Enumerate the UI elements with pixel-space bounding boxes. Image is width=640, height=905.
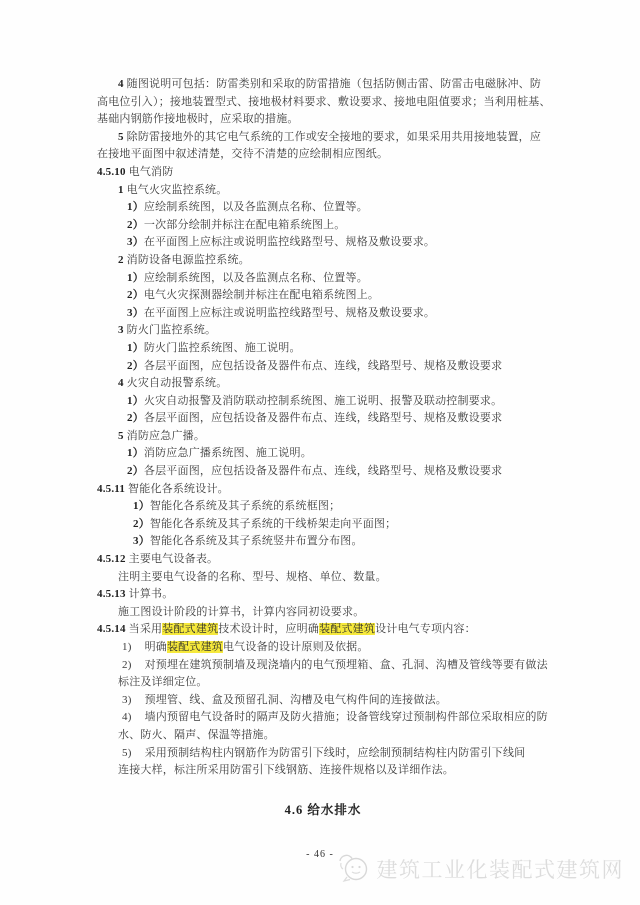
text-segment: 连接大样，标注所采用防雷引下线钢筋、连接件规格以及详细作法。 (118, 764, 454, 776)
text-segment: 各层平面图，应包括设备及器件布点、连线，线路型号、规格及敷设要求 (144, 360, 502, 372)
clause-4-5-13: 4.5.13 计算书。 (97, 586, 549, 604)
item-number: 4.5.10 (97, 166, 126, 178)
text-line: 2）各层平面图，应包括设备及器件布点、连线，线路型号、规格及敷设要求 (97, 358, 549, 376)
highlighted-text: 装配式建筑 (319, 623, 375, 635)
text-segment: 在接地平面图中叙述清楚，交待不清楚的应绘制相应图纸。 (97, 148, 388, 160)
section-heading-4-6: 4.6 给水排水 (97, 800, 549, 818)
text-segment: 智能化各系统及其子系统的干线桥架走向平面图； (150, 518, 396, 530)
text-line: 2 消防设备电源监控系统。 (97, 252, 549, 270)
text-line: 高电位引入）；接地装置型式、接地极材料要求、敷设要求、接地电阻值要求；当利用桩基… (97, 94, 549, 112)
text-segment: 在平面图上应标注或说明监控线路型号、规格及敷设要求。 (144, 307, 435, 319)
text-line: 3）在平面图上应标注或说明监控线路型号、规格及敷设要求。 (97, 234, 549, 252)
text-line: 在接地平面图中叙述清楚，交待不清楚的应绘制相应图纸。 (97, 146, 549, 164)
text-segment: 1) (122, 641, 132, 653)
text-line: 1)明确装配式建筑电气设备的设计原则及依据。 (97, 639, 549, 657)
text-segment: 高电位引入）；接地装置型式、接地极材料要求、敷设要求、接地电阻值要求；当利用桩基… (97, 96, 551, 108)
text-segment: 采用预制结构柱内钢筋作为防雷引下线时，应绘制预制结构柱内防雷引下线间 (145, 747, 526, 759)
text-segment: 消防应急广播。 (124, 430, 205, 442)
text-segment: 应绘制系统图，以及各监测点名称、位置等。 (144, 272, 368, 284)
text-segment: 标注及详细定位。 (118, 676, 208, 688)
text-segment: 当采用 (126, 623, 163, 635)
text-line: 3)预埋管、线、盒及预留孔洞、沟槽及电气构件间的连接做法。 (97, 692, 549, 710)
item-number: 2） (127, 360, 144, 372)
text-segment: 除防雷接地外的其它电气系统的工作或安全接地的要求，如果采用共用接地装置，应 (124, 131, 541, 143)
text-segment: 智能化各系统及其子系统竖井布置分布图。 (150, 535, 363, 547)
text-segment: 应绘制系统图，以及各监测点名称、位置等。 (144, 201, 368, 213)
item-number: 1） (133, 500, 150, 512)
text-segment: 水、防火、隔声、保温等措施。 (118, 729, 275, 741)
text-segment: 防火门监控系统图、施工说明。 (144, 342, 301, 354)
text-segment: 电气设备的设计原则及依据。 (223, 641, 369, 653)
text-segment: 4) (122, 711, 132, 723)
item-number: 4.5.12 (97, 553, 126, 565)
text-segment: 各层平面图，应包括设备及器件布点、连线，线路型号、规格及敷设要求 (144, 465, 502, 477)
text-line: 水、防火、隔声、保温等措施。 (97, 727, 549, 745)
text-segment: 技术设计时，应明确 (218, 623, 319, 635)
item-number: 1） (127, 395, 144, 407)
clause-4-5-10: 4.5.10 电气消防 (97, 164, 549, 182)
text-segment: 火灾自动报警系统。 (124, 377, 228, 389)
text-segment: 计算书。 (126, 588, 174, 600)
text-line: 连接大样，标注所采用防雷引下线钢筋、连接件规格以及详细作法。 (97, 762, 549, 780)
text-line: 3 防火门监控系统。 (97, 322, 549, 340)
text-line: 注明主要电气设备的名称、型号、规格、单位、数量。 (97, 569, 549, 587)
highlighted-text: 装配式建筑 (162, 623, 218, 635)
item-number: 2） (133, 518, 150, 530)
text-line: 施工图设计阶段的计算书，计算内容同初设要求。 (97, 604, 549, 622)
text-segment: 2) (122, 659, 132, 671)
text-segment: 对预埋在建筑预制墙及现浇墙内的电气预埋箱、盒、孔洞、沟槽及管线等要有做法 (145, 659, 548, 671)
text-segment: 设计电气专项内容： (375, 623, 476, 635)
text-segment: 智能化各系统及其子系统的系统框图； (150, 500, 340, 512)
text-segment: 防火门监控系统。 (124, 324, 217, 336)
text-segment: 在平面图上应标注或说明监控线路型号、规格及敷设要求。 (144, 236, 435, 248)
text-segment: 消防应急广播系统图、施工说明。 (144, 447, 312, 459)
document-body: 4 随图说明可包括：防雷类别和采取的防雷措施（包括防侧击雷、防雷击电磁脉冲、防高… (97, 76, 549, 780)
text-line: 5 消防应急广播。 (97, 428, 549, 446)
text-line: 3）智能化各系统及其子系统竖井布置分布图。 (97, 533, 549, 551)
text-line: 1）智能化各系统及其子系统的系统框图； (97, 498, 549, 516)
text-segment: 随图说明可包括：防雷类别和采取的防雷措施（包括防侧击雷、防雷击电磁脉冲、防 (124, 78, 541, 90)
numbered-note-5: 5 除防雷接地外的其它电气系统的工作或安全接地的要求，如果采用共用接地装置，应 (97, 129, 549, 147)
text-line: 3）在平面图上应标注或说明监控线路型号、规格及敷设要求。 (97, 305, 549, 323)
item-number: 2） (127, 465, 144, 477)
item-number: 1） (127, 447, 144, 459)
item-number: 3） (133, 535, 150, 547)
text-line: 基础内钢筋作接地极时，应采取的措施。 (97, 111, 549, 129)
item-number: 2） (127, 219, 144, 231)
clause-4-5-11: 4.5.11 智能化各系统设计。 (97, 481, 549, 499)
text-line: 1）防火门监控系统图、施工说明。 (97, 340, 549, 358)
text-line: 4)墙内预留电气设备时的隔声及防火措施；设备管线穿过预制构件部位采取相应的防 (97, 709, 549, 727)
text-segment: 火灾自动报警及消防联动控制系统图、施工说明、报警及联动控制要求。 (144, 395, 502, 407)
text-segment: 一次部分绘制并标注在配电箱系统图上。 (144, 219, 346, 231)
text-segment: 智能化各系统设计。 (125, 483, 229, 495)
text-segment: 各层平面图，应包括设备及器件布点、连线，线路型号、规格及敷设要求 (144, 412, 502, 424)
text-segment: 电气火灾探测器绘制并标注在配电箱系统图上。 (144, 289, 379, 301)
text-segment: 基础内钢筋作接地极时，应采取的措施。 (97, 113, 299, 125)
text-line: 2）电气火灾探测器绘制并标注在配电箱系统图上。 (97, 287, 549, 305)
numbered-note-4: 4 随图说明可包括：防雷类别和采取的防雷措施（包括防侧击雷、防雷击电磁脉冲、防 (97, 76, 549, 94)
watermark: 建筑工业化装配式建筑网 (336, 851, 625, 887)
item-number: 4.5.14 (97, 623, 126, 635)
text-segment: 5) (122, 747, 132, 759)
text-line: 1）应绘制系统图，以及各监测点名称、位置等。 (97, 199, 549, 217)
text-line: 1）消防应急广播系统图、施工说明。 (97, 445, 549, 463)
watermark-text: 建筑工业化装配式建筑网 (377, 854, 625, 884)
text-line: 4 火灾自动报警系统。 (97, 375, 549, 393)
text-line: 1）火灾自动报警及消防联动控制系统图、施工说明、报警及联动控制要求。 (97, 393, 549, 411)
highlighted-text: 装配式建筑 (167, 641, 223, 653)
text-line: 5)采用预制结构柱内钢筋作为防雷引下线时，应绘制预制结构柱内防雷引下线间 (97, 745, 549, 763)
item-number: 2） (127, 412, 144, 424)
text-segment: 施工图设计阶段的计算书，计算内容同初设要求。 (118, 606, 364, 618)
item-number: 2） (127, 289, 144, 301)
item-number: 1） (127, 342, 144, 354)
text-line: 标注及详细定位。 (97, 674, 549, 692)
item-number: 1） (127, 272, 144, 284)
text-segment: 墙内预留电气设备时的隔声及防火措施；设备管线穿过预制构件部位采取相应的防 (145, 711, 548, 723)
item-number: 4.5.13 (97, 588, 126, 600)
text-segment: 电气火灾监控系统。 (124, 184, 228, 196)
text-segment: 电气消防 (126, 166, 174, 178)
text-line: 2）智能化各系统及其子系统的干线桥架走向平面图； (97, 516, 549, 534)
item-number: 4.5.11 (97, 483, 125, 495)
document-page: 4 随图说明可包括：防雷类别和采取的防雷措施（包括防侧击雷、防雷击电磁脉冲、防高… (0, 0, 640, 905)
clause-4-5-12: 4.5.12 主要电气设备表。 (97, 551, 549, 569)
text-line: 2）各层平面图，应包括设备及器件布点、连线，线路型号、规格及敷设要求 (97, 463, 549, 481)
mascot-bubbles-outline-icon (336, 851, 372, 887)
text-segment: 预埋管、线、盒及预留孔洞、沟槽及电气构件间的连接做法。 (145, 694, 447, 706)
text-line: 2)对预埋在建筑预制墙及现浇墙内的电气预埋箱、盒、孔洞、沟槽及管线等要有做法 (97, 657, 549, 675)
item-number: 1） (127, 201, 144, 213)
text-segment: 注明主要电气设备的名称、型号、规格、单位、数量。 (118, 571, 387, 583)
text-segment: 消防设备电源监控系统。 (124, 254, 250, 266)
text-line: 1 电气火灾监控系统。 (97, 182, 549, 200)
text-line: 1）应绘制系统图，以及各监测点名称、位置等。 (97, 270, 549, 288)
item-number: 3） (127, 236, 144, 248)
text-segment: 3) (122, 694, 132, 706)
item-number: 3） (127, 307, 144, 319)
text-line: 2）各层平面图，应包括设备及器件布点、连线，线路型号、规格及敷设要求 (97, 410, 549, 428)
clause-4-5-14: 4.5.14 当采用装配式建筑技术设计时，应明确装配式建筑设计电气专项内容： (97, 621, 549, 639)
text-segment: 明确 (145, 641, 167, 653)
text-line: 2）一次部分绘制并标注在配电箱系统图上。 (97, 217, 549, 235)
text-segment: 主要电气设备表。 (126, 553, 219, 565)
